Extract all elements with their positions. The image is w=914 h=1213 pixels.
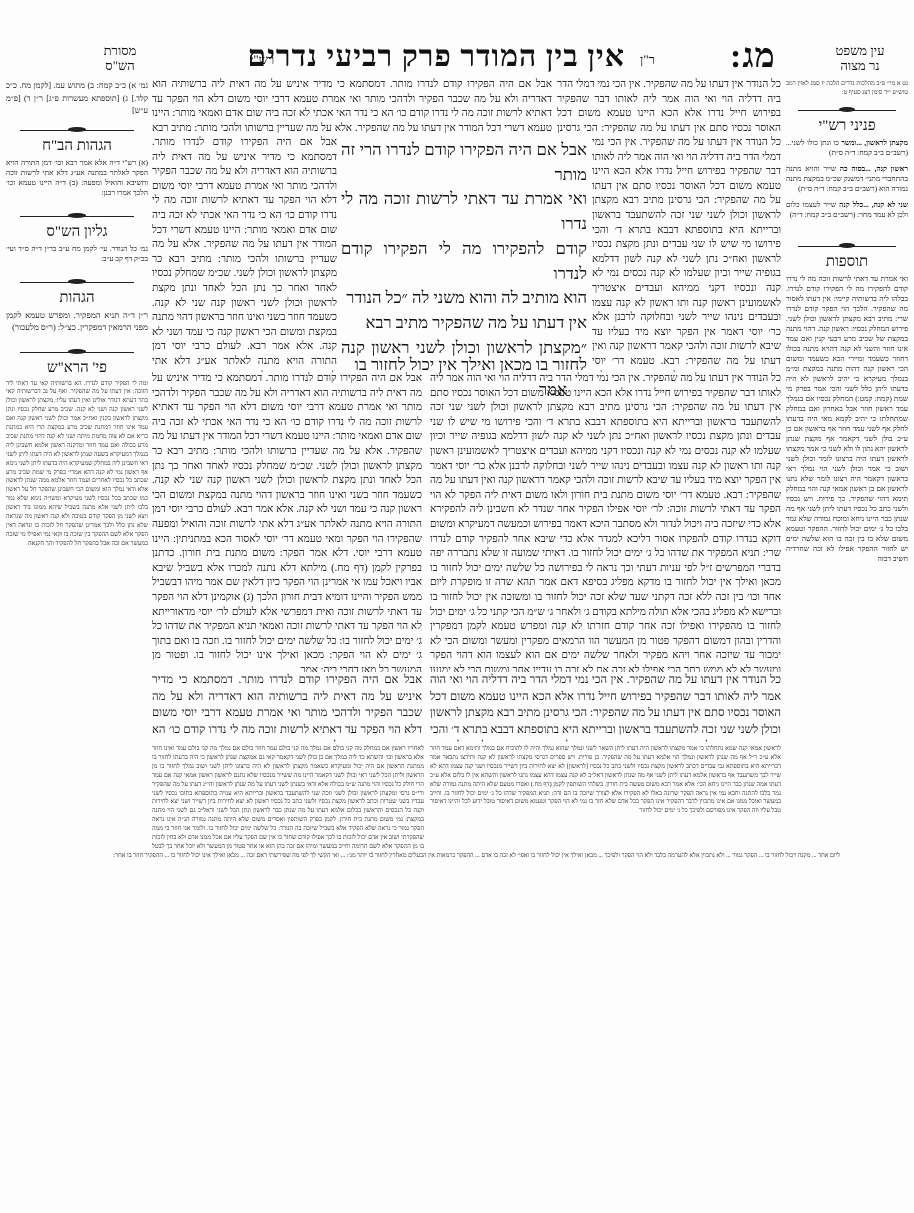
gemara-line: אמר <box>341 378 567 404</box>
ornament-divider <box>20 348 134 356</box>
gemara-text: אבל אם היה הפקירו קודם לנדרו הרי זה מותר… <box>341 138 587 368</box>
masoret-hashas-label: מסורת הש"ס <box>80 43 160 73</box>
daf-number: מג: <box>730 38 776 76</box>
ran-commentary-side: כל הנודר אין דעתו על מה שהפקיר. אין הכי … <box>592 136 781 372</box>
rashi-tail: אבל אם היה הפקירו קודם לנדרו מותר. דמסתמ… <box>152 672 422 742</box>
pi-harosh-title: פי' הרא"ש <box>6 360 148 377</box>
pi-harosh-text: ומה לי הפקיר קודם לנדרו. הא ברשותיה קאי … <box>6 380 148 820</box>
left-margin: גמ׳ א) כ״ב קמח: ב) מתוש עמ. [לקמן מח. כ״… <box>6 80 148 860</box>
masoret-hashas-text: גמ׳ א) כ״ב קמח: ב) מתוש עמ. [לקמן מח. כ״… <box>6 80 148 118</box>
gemara-line: לחזור בו מכאן ואילך אין יכול לחזור בו <box>341 353 587 379</box>
gemara-line: אין דעתו על מה שהפקיר מתיב רבא <box>341 311 587 336</box>
ornament-divider <box>20 212 134 220</box>
gemara-line: קודם להפקירו מה לי הפקירו קודם לנדרו <box>341 237 587 286</box>
hagahot-title: הגהות <box>6 290 148 307</box>
gemara-line: ואי אמרת עד דאתי לרשות זוכה מה לי נדרו <box>341 187 587 236</box>
hagahot-habach-title: הגהות הב"ח <box>6 138 148 155</box>
rashi-label: רש"י <box>250 52 274 67</box>
hagahot-text: ר״ן ד״ה תניא המפקיר. ומפרש טעמא לקמן מפנ… <box>6 310 148 334</box>
ein-mishpat-label: עין משפט נר מצוה <box>810 43 910 73</box>
gemara-line: אבל אם היה הפקירו קודם לנדרו הרי זה מותר <box>341 138 587 187</box>
bottom-commentary-left: לאחריו ראשון אם במחלק מה קני בולם אם נמל… <box>152 745 424 853</box>
rashi-commentary-side: אבל אם היה הפקירו קודם לנדרו מותר. דמסתמ… <box>152 136 337 372</box>
pninei-rashi-entry: ראשון קנה, ...בסוה כה שייר והויא מתנה בה… <box>786 164 908 194</box>
hagahot-habach-text: (א) רש"י ד״ה אלא אמר רבא וכו׳ דמן התורה … <box>6 158 148 198</box>
ornament-divider <box>798 106 896 114</box>
tosafot-title: תוספות <box>786 254 908 271</box>
ran-commentary: כל הנודר אין דעתו על מה שהפקיר. אין הכי … <box>557 78 781 136</box>
ornament-divider <box>20 278 134 286</box>
bottom-commentary-right: לראשון אמאי קנה שמא נתחלתו כי אמר מקצתו … <box>430 745 781 853</box>
ran-tail: כל הנודר אין דעתו על מה שהפקיר. אין הכי … <box>430 672 781 742</box>
pninei-rashi-title: פניני רש"י <box>786 118 908 135</box>
tosafot-text: ואי אמרת עד דאתי לרשות זוכה מה לי נדרו ק… <box>786 274 908 734</box>
ran-commentary-lower: כל הנודר אין דעתו על מה שהפקיר. אין הכי … <box>430 372 781 672</box>
gemara-line: הוא מותיב לה והוא משני לה ״כל הנודר <box>341 286 587 311</box>
pninei-rashi-entry: שני לא קנה, ...כלל קנה שייר לעצמו כלום ו… <box>786 200 908 220</box>
ein-mishpat-text: נט א מיי׳ פ״ב מהלכות נדרים הלכה יז סמג ל… <box>786 80 908 98</box>
rashi-commentary-lower: אבל אם היה הפקירו קודם לנדרו מותר. דמסתמ… <box>152 372 422 672</box>
ornament-divider <box>798 242 896 250</box>
bottom-commentary-full: ליום אחד ... מקנה ויכול לחזור בו ... הפק… <box>40 852 840 882</box>
rashi-commentary: אבל אם היה הפקירו קודם לנדרו מותר. דמסתמ… <box>152 78 552 136</box>
ornament-divider <box>20 126 134 134</box>
chapter-title: אין בין המודר פרק רביעי נדרים <box>307 40 625 74</box>
gilyon-hashas-text: גמ׳ כל הנודר. עי׳ לקמן מח ע״ב בר״ן ד״ה ס… <box>6 244 148 264</box>
ran-label: ר"ן <box>640 52 655 67</box>
pninei-rashi-entry: מקצתן לראשון, ...ומשר כו ונתן כולו לשני.… <box>786 138 908 158</box>
gilyon-hashas-title: גליון הש"ס <box>6 224 148 241</box>
right-margin: נט א מיי׳ פ״ב מהלכות נדרים הלכה יז סמג ל… <box>786 80 908 870</box>
